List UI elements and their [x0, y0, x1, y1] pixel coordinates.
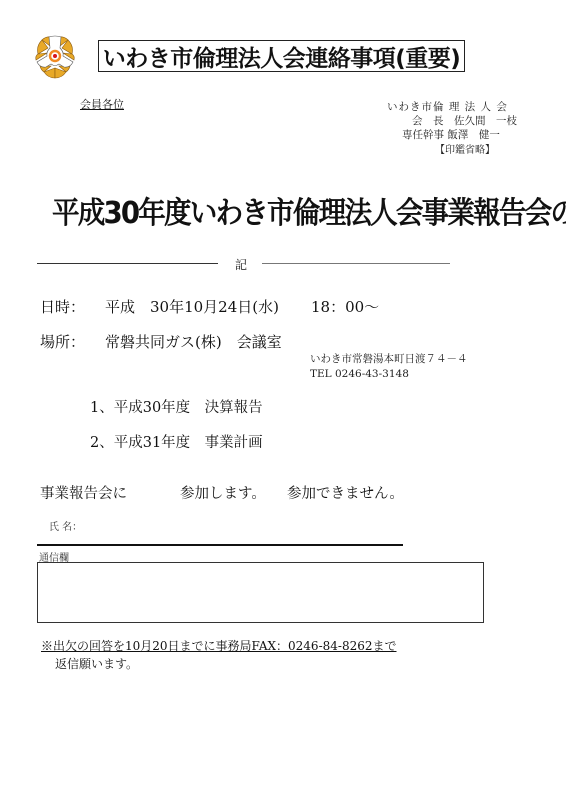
sender-president: 会 長 佐久間 一枝 — [412, 113, 517, 128]
agenda-item: 2、平成31年度 事業計画 — [90, 431, 263, 452]
absent-option[interactable]: 参加できません。 — [287, 482, 404, 503]
notice-title-box: いわき市倫理法人会連絡事項(重要) — [98, 40, 465, 72]
agenda-item: 1、平成30年度 決算報告 — [90, 396, 263, 417]
attend-option[interactable]: 参加します。 — [180, 482, 266, 503]
date-value: 平成 30年10月24日(水) — [105, 296, 279, 317]
place-value: 常磐共同ガス(株) 会議室 — [105, 331, 282, 352]
iwaki-rinri-emblem-icon — [34, 34, 76, 80]
divider-right — [262, 263, 450, 264]
attendance-lead: 事業報告会に — [40, 482, 127, 503]
divider-label: 記 — [235, 256, 247, 273]
seal-omitted-note: 【印鑑省略】 — [435, 141, 495, 156]
venue-address: いわき市常磐湯本町日渡７４－４ — [310, 351, 468, 366]
reply-notice: ※出欠の回答を10月20日までに事務局FAX：0246-84-8262まで — [41, 637, 397, 654]
addressee: 会員各位 — [80, 96, 124, 112]
main-heading: 平成30年度いわき市倫理法人会事業報告会のご案内 — [52, 188, 566, 232]
date-label: 日時： — [40, 296, 85, 317]
sender-executive-secretary: 専任幹事 飯澤 健一 — [402, 127, 500, 142]
venue-tel: TEL 0246-43-3148 — [310, 368, 409, 380]
name-field[interactable] — [37, 544, 403, 546]
name-label: 氏 名： — [49, 518, 82, 533]
reply-notice-cont: 返信願います。 — [55, 655, 138, 672]
time-value: 18：00～ — [311, 296, 379, 317]
sender-organization: いわき市倫 理 法 人 会 — [387, 99, 508, 114]
place-label: 場所： — [40, 331, 85, 352]
comm-field[interactable] — [37, 562, 484, 623]
divider-left — [37, 263, 218, 264]
notice-title: いわき市倫理法人会連絡事項(重要) — [103, 40, 461, 73]
